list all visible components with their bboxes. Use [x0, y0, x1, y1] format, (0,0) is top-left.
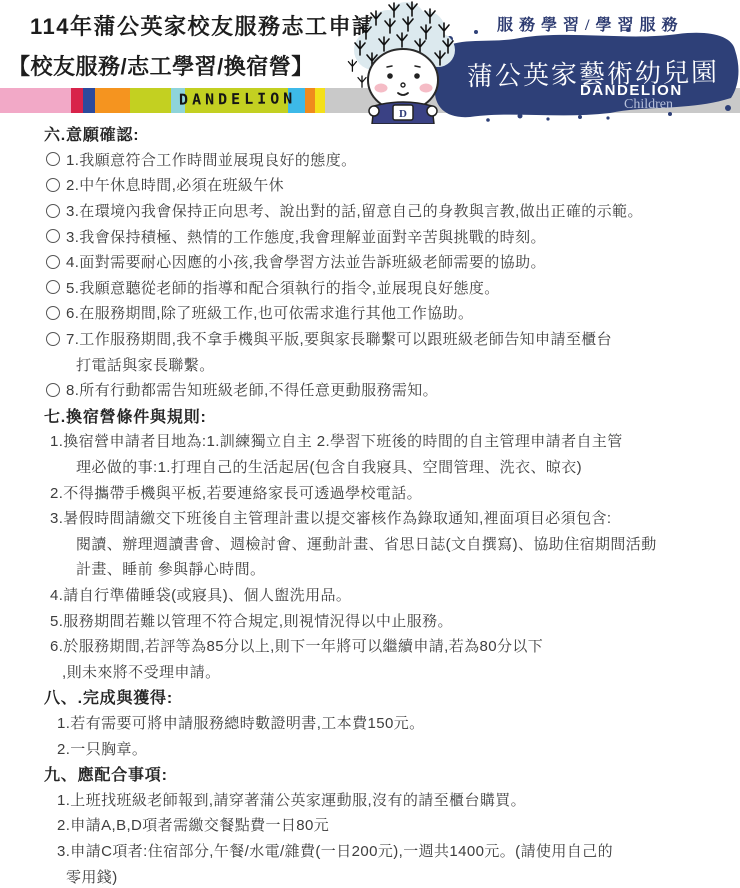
stripe-segment-navy — [83, 88, 95, 113]
doc-line: 5.服務期間若難以管理不符合規定,則視情況得以中止服務。 — [0, 607, 740, 633]
doc-line: 理必做的事:1.打理自己的生活起居(包含自我寢具、空間管理、洗衣、晾衣) — [0, 454, 740, 480]
doc-line: 零用錢) — [0, 863, 740, 888]
school-banner: 蒲公英家藝術幼兒園 DANDELION Children — [428, 26, 740, 122]
doc-line-text: 1.換宿營申請者目地為:1.訓練獨立自主 2.學習下班後的時間的自主管理申請者自… — [50, 430, 623, 451]
doc-line: 6.於服務期間,若評等為85分以上,則下一年將可以繼續申請,若為80分以下 — [0, 633, 740, 659]
doc-line-text: 2.一只胸章。 — [57, 738, 147, 759]
doc-line-text: 8.所有行動都需告知班級老師,不得任意更動服務需知。 — [66, 379, 438, 400]
doc-line-text: 3.申請C項者:住宿部分,午餐/水電/雜費(一日200元),一週共1400元。(… — [57, 840, 613, 861]
doc-line-text: 1.若有需要可將申請服務總時數證明書,工本費150元。 — [57, 712, 425, 733]
doc-line: 7.工作服務期間,我不拿手機與平版,要與家長聯繫可以跟班級老師告知申請至櫃台 — [0, 326, 740, 352]
doc-line-text: 4.面對需要耐心因應的小孩,我會學習方法並告訴班級老師需要的協助。 — [66, 251, 546, 272]
doc-line: 1.換宿營申請者目地為:1.訓練獨立自主 2.學習下班後的時間的自主管理申請者自… — [0, 428, 740, 454]
doc-line: 4.請自行準備睡袋(或寢具)、個人盥洗用品。 — [0, 582, 740, 608]
doc-line: 打電話與家長聯繫。 — [0, 351, 740, 377]
circle-bullet — [46, 383, 60, 397]
page-title: 114年蒲公英家校友服務志工申請表 — [30, 10, 399, 41]
section-heading: 六.意願確認: — [0, 121, 740, 147]
doc-line: 計畫、睡前 參與靜心時間。 — [0, 556, 740, 582]
stripe-segment-pink — [0, 88, 71, 113]
doc-line: 3.申請C項者:住宿部分,午餐/水電/雜費(一日200元),一週共1400元。(… — [0, 838, 740, 864]
document-body: 六.意願確認:1.我願意符合工作時間並展現良好的態度。2.中午休息時間,必須在班… — [0, 121, 740, 888]
circle-bullet — [46, 229, 60, 243]
svg-text:D: D — [399, 108, 407, 120]
doc-line: 3.在環境內我會保持正向思考、說出對的話,留意自己的身教與言教,做出正確的示範。 — [0, 198, 740, 224]
stripe-dandelion-label: DANDELION — [179, 89, 296, 108]
circle-bullet — [46, 280, 60, 294]
doc-line-text: 1.上班找班級老師報到,請穿著蒲公英家運動服,沒有的請至櫃台購買。 — [57, 789, 526, 810]
doc-line-text: 打電話與家長聯繫。 — [76, 354, 215, 375]
stripe-segment-orange — [95, 88, 130, 113]
doc-line-text: ,則未來將不受理申請。 — [62, 661, 221, 682]
doc-line: 1.上班找班級老師報到,請穿著蒲公英家運動服,沒有的請至櫃台購買。 — [0, 786, 740, 812]
doc-line-text: 1.我願意符合工作時間並展現良好的態度。 — [66, 149, 357, 170]
doc-line-text: 零用錢) — [66, 866, 118, 887]
doc-line-text: 3.暑假時間請繳交下班後自主管理計畫以提交審核作為錄取通知,裡面項目必須包含: — [50, 507, 611, 528]
circle-bullet — [46, 178, 60, 192]
doc-line: 5.我願意聽從老師的指導和配合須執行的指令,並展現良好態度。 — [0, 275, 740, 301]
doc-line-text: 5.服務期間若難以管理不符合規定,則視情況得以中止服務。 — [50, 610, 453, 631]
doc-line: 4.面對需要耐心因應的小孩,我會學習方法並告訴班級老師需要的協助。 — [0, 249, 740, 275]
circle-bullet — [46, 306, 60, 320]
doc-line-text: 3.在環境內我會保持正向思考、說出對的話,留意自己的身教與言教,做出正確的示範。 — [66, 200, 643, 221]
stripe-segment-yellow — [315, 88, 325, 113]
page-subtitle: 【校友服務/志工學習/換宿營】 — [8, 50, 314, 81]
doc-line: 2.一只胸章。 — [0, 735, 740, 761]
section-heading: 八、.完成與獲得: — [0, 684, 740, 710]
doc-line: 閱讀、辦理週讀書會、週檢討會、運動計畫、省思日誌(文自撰寫)、協助住宿期間活動 — [0, 531, 740, 557]
application-form-page: 114年蒲公英家校友服務志工申請表 【校友服務/志工學習/換宿營】 服務學習/學… — [0, 0, 740, 888]
doc-line-text: 計畫、睡前 參與靜心時間。 — [76, 558, 265, 579]
doc-line-text: 理必做的事:1.打理自己的生活起居(包含自我寢具、空間管理、洗衣、晾衣) — [76, 456, 582, 477]
doc-line-text: 2.中午休息時間,必須在班級午休 — [66, 174, 284, 195]
doc-line: 1.若有需要可將申請服務總時數證明書,工本費150元。 — [0, 710, 740, 736]
doc-line: 2.不得攜帶手機與平板,若要連絡家長可透過學校電話。 — [0, 479, 740, 505]
doc-line: 2.中午休息時間,必須在班級午休 — [0, 172, 740, 198]
section-heading: 七.換宿營條件與規則: — [0, 403, 740, 429]
doc-line: 3.暑假時間請繳交下班後自主管理計畫以提交審核作為錄取通知,裡面項目必須包含: — [0, 505, 740, 531]
section-heading: 九、應配合事項: — [0, 761, 740, 787]
doc-line-text: 6.於服務期間,若評等為85分以上,則下一年將可以繼續申請,若為80分以下 — [50, 635, 543, 656]
doc-line-text: 2.不得攜帶手機與平板,若要連絡家長可透過學校電話。 — [50, 482, 422, 503]
doc-line: 3.我會保持積極、熱情的工作態度,我會理解並面對辛苦與挑戰的時刻。 — [0, 223, 740, 249]
circle-bullet — [46, 204, 60, 218]
doc-line-text: 6.在服務期間,除了班級工作,也可依需求進行其他工作協助。 — [66, 302, 473, 323]
doc-line-text: 2.申請A,B,D項者需繳交餐點費一日80元 — [57, 814, 329, 835]
stripe-segment-yellow-green — [130, 88, 171, 113]
doc-line: ,則未來將不受理申請。 — [0, 658, 740, 684]
doc-line: 1.我願意符合工作時間並展現良好的態度。 — [0, 147, 740, 173]
doc-line: 8.所有行動都需告知班級老師,不得任意更動服務需知。 — [0, 377, 740, 403]
circle-bullet — [46, 152, 60, 166]
doc-line-text: 4.請自行準備睡袋(或寢具)、個人盥洗用品。 — [50, 584, 351, 605]
school-name-sub: Children — [624, 97, 673, 113]
doc-line: 2.申請A,B,D項者需繳交餐點費一日80元 — [0, 812, 740, 838]
circle-bullet — [46, 255, 60, 269]
stripe-segment-orange — [305, 88, 315, 113]
dandelion-child-illustration: D — [346, 0, 460, 124]
doc-line-text: 5.我願意聽從老師的指導和配合須執行的指令,並展現良好態度。 — [66, 277, 500, 298]
doc-line-text: 7.工作服務期間,我不拿手機與平版,要與家長聯繫可以跟班級老師告知申請至櫃台 — [66, 328, 612, 349]
doc-line-text: 閱讀、辦理週讀書會、週檢討會、運動計畫、省思日誌(文自撰寫)、協助住宿期間活動 — [76, 533, 657, 554]
stripe-segment-crimson — [71, 88, 83, 113]
doc-line: 6.在服務期間,除了班級工作,也可依需求進行其他工作協助。 — [0, 300, 740, 326]
circle-bullet — [46, 332, 60, 346]
service-tagline: 服務學習/學習服務 — [497, 12, 683, 35]
doc-line-text: 3.我會保持積極、熱情的工作態度,我會理解並面對辛苦與挑戰的時刻。 — [66, 226, 546, 247]
